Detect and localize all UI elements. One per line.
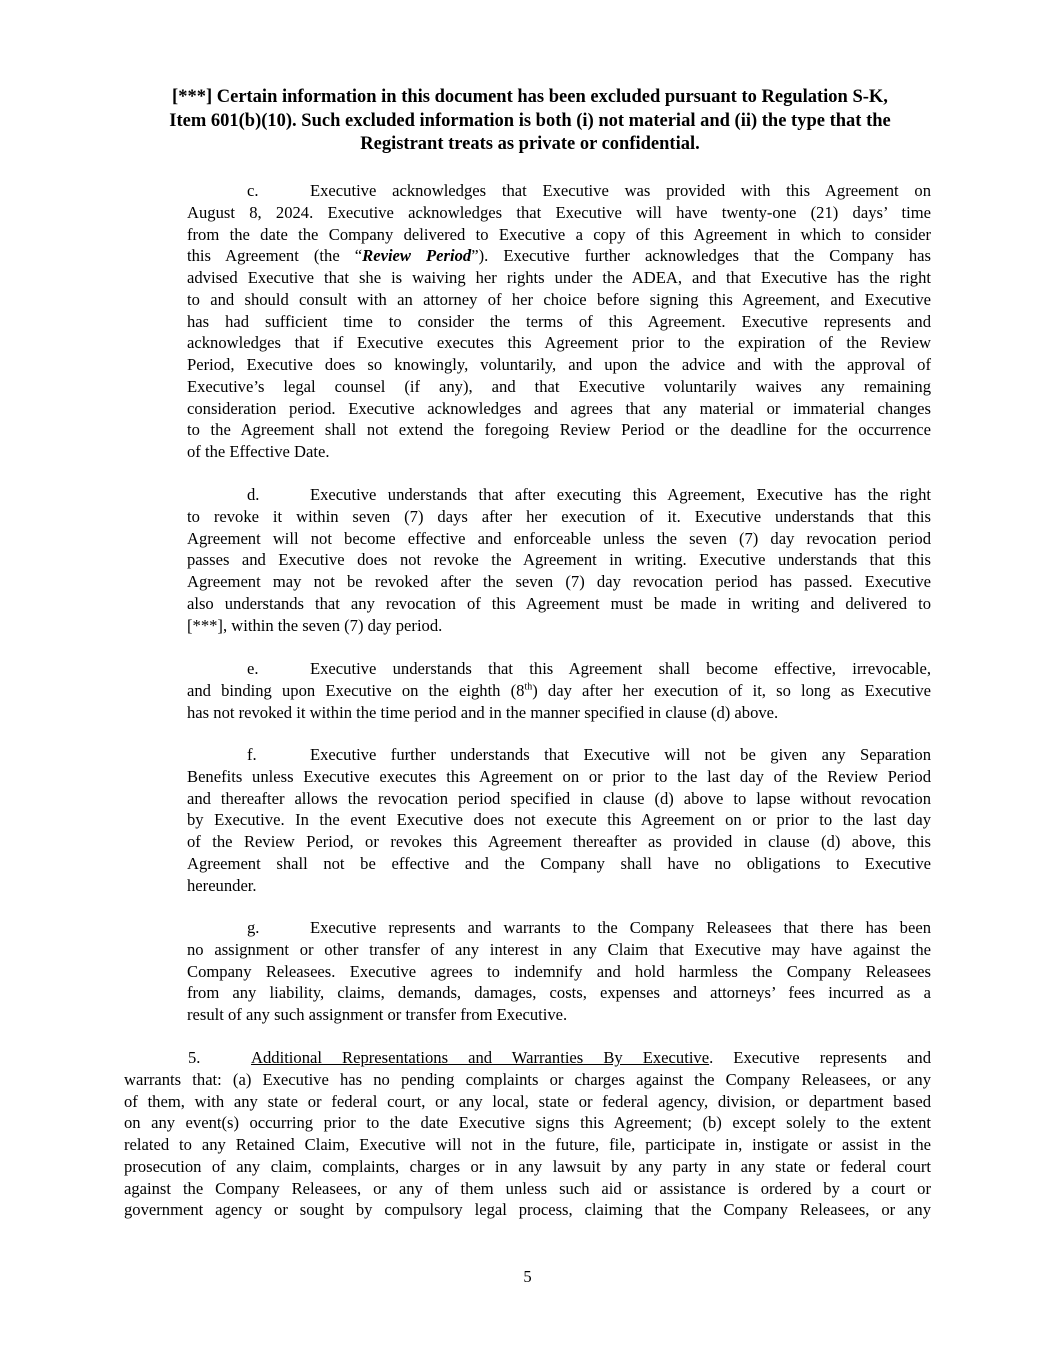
document-page: [***] Certain information in this docume… [0,0,1055,1365]
clause-line: no assignment or other transfer of any i… [187,939,931,961]
notice-line: [***] Certain information in this docume… [120,86,940,110]
section-line: related to any Retained Claim, Executive… [124,1134,931,1156]
clause-e: e.Executive understands that this Agreem… [187,658,931,723]
clause-line: d.Executive understands that after execu… [187,484,931,506]
defined-term: Review Period [362,246,471,265]
clause-g: g.Executive represents and warrants to t… [187,917,931,1026]
clause-line: has had sufficient time to consider the … [187,311,931,333]
section-line: prosecution of any claim, complaints, ch… [124,1156,931,1178]
clause-line: Agreement may not be revoked after the s… [187,571,931,593]
clause-c: c.Executive acknowledges that Executive … [187,180,931,463]
section-line: on any event(s) occurring prior to the d… [124,1112,931,1134]
clause-line: result of any such assignment or transfe… [187,1004,931,1026]
clause-label: g. [247,917,310,939]
clause-line: of the Review Period, or revokes this Ag… [187,831,931,853]
clause-line: August 8, 2024. Executive acknowledges t… [187,202,931,224]
clause-d: d.Executive understands that after execu… [187,484,931,636]
clause-line: has not revoked it within the time perio… [187,702,931,724]
clause-line: to the Agreement shall not extend the fo… [187,419,931,441]
clause-line: acknowledges that if Executive executes … [187,332,931,354]
redaction-notice: [***] Certain information in this docume… [120,86,940,157]
clause-line: from the date the Company delivered to E… [187,224,931,246]
clause-line: Benefits unless Executive executes this … [187,766,931,788]
section-number: 5. [188,1047,251,1069]
clause-line: also understands that any revocation of … [187,593,931,615]
clause-line: g.Executive represents and warrants to t… [187,917,931,939]
clause-line: of the Effective Date. [187,441,931,463]
clause-line: by Executive. In the event Executive doe… [187,809,931,831]
clause-line: from any liability, claims, demands, dam… [187,982,931,1004]
notice-line: Item 601(b)(10). Such excluded informati… [120,110,940,134]
section-line: of them, with any state or federal court… [124,1091,931,1113]
clause-line: and thereafter allows the revocation per… [187,788,931,810]
clause-line: Executive’s legal counsel (if any), and … [187,376,931,398]
clause-f: f.Executive further understands that Exe… [187,744,931,896]
clause-line: to and should consult with an attorney o… [187,289,931,311]
page-number: 5 [0,1267,1055,1287]
clause-line: and binding upon Executive on the eighth… [187,680,931,702]
clause-line: e.Executive understands that this Agreem… [187,658,931,680]
clause-label: f. [247,744,310,766]
section-line: government agency or sought by compulsor… [124,1199,931,1221]
section-line: 5.Additional Representations and Warrant… [124,1047,931,1069]
clause-label: e. [247,658,310,680]
clause-line: hereunder. [187,875,931,897]
clause-label: d. [247,484,310,506]
clause-line: [***], within the seven (7) day period. [187,615,931,637]
section-heading: Additional Representations and Warrantie… [251,1048,709,1067]
clause-line: Period, Executive does so knowingly, vol… [187,354,931,376]
clause-line: consideration period. Executive acknowle… [187,398,931,420]
clause-line: Agreement shall not be effective and the… [187,853,931,875]
clause-line: Agreement will not become effective and … [187,528,931,550]
notice-line: Registrant treats as private or confiden… [120,133,940,157]
section-line: warrants that: (a) Executive has no pend… [124,1069,931,1091]
clause-line: Company Releasees. Executive agrees to i… [187,961,931,983]
clause-line: f.Executive further understands that Exe… [187,744,931,766]
clause-line: passes and Executive does not revoke the… [187,549,931,571]
section-line: against the Company Releasees, or any of… [124,1178,931,1200]
section-5: 5.Additional Representations and Warrant… [124,1047,931,1221]
clause-line: advised Executive that she is waiving he… [187,267,931,289]
clause-line: to revoke it within seven (7) days after… [187,506,931,528]
clause-line: c.Executive acknowledges that Executive … [187,180,931,202]
clause-line: this Agreement (the “Review Period”). Ex… [187,245,931,267]
clause-label: c. [247,180,310,202]
